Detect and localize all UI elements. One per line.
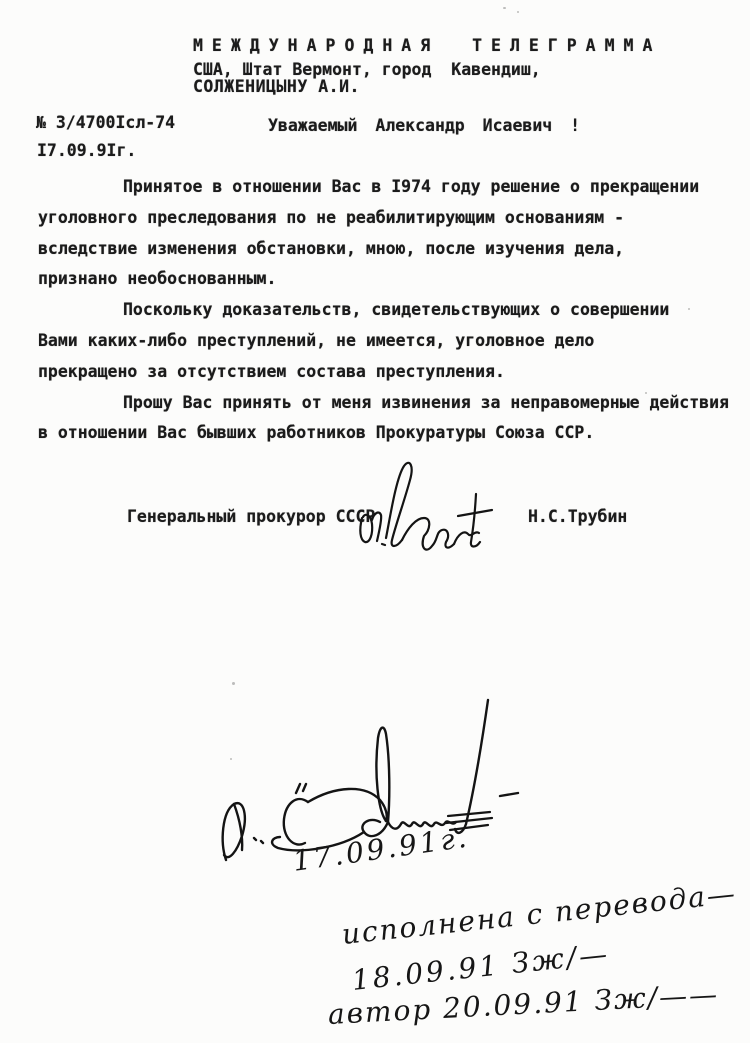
scan-speck <box>232 682 235 685</box>
prosecutor-signature <box>352 456 497 551</box>
signoff-name: Н.С.Трубин <box>528 507 627 526</box>
handwritten-note-line1: исполнена с перевода— <box>340 877 738 951</box>
salutation: Уважаемый Александр Исаевич ! <box>268 116 580 135</box>
body-line: вследствие изменения обстановки, мною, п… <box>38 234 738 265</box>
reference-number: № 3/4700Iсл-74 <box>36 113 175 132</box>
telegram-title: МЕЖДУНАРОДНАЯ ТЕЛЕГРАММА <box>193 36 661 55</box>
scan-speck <box>517 11 519 13</box>
reference-date: I7.09.9Iг. <box>37 141 136 160</box>
signoff-title: Генеральный прокурор СССР <box>127 507 375 526</box>
body-line: прекращено за отсутствием состава престу… <box>38 357 738 388</box>
scan-speck <box>503 7 506 9</box>
telegram-scan-page: МЕЖДУНАРОДНАЯ ТЕЛЕГРАММА США, Штат Вермо… <box>0 0 750 1043</box>
body-line: уголовного преследования по не реабилити… <box>38 203 738 234</box>
body-line: Поскольку доказательств, свидетельствующ… <box>38 295 738 326</box>
body-line: Принятое в отношении Вас в I974 году реш… <box>38 172 738 203</box>
body-line: Вами каких-либо преступлений, не имеется… <box>38 326 738 357</box>
recipient-name: СОЛЖЕНИЦЫНУ А.И. <box>193 77 360 96</box>
body-line: признано необоснованным. <box>38 264 738 295</box>
body-line: Прошу Вас принять от меня извинения за н… <box>38 388 738 419</box>
body-line: в отношении Вас бывших работников Прокур… <box>38 418 738 449</box>
letter-body: Принятое в отношении Вас в I974 году реш… <box>38 172 738 449</box>
